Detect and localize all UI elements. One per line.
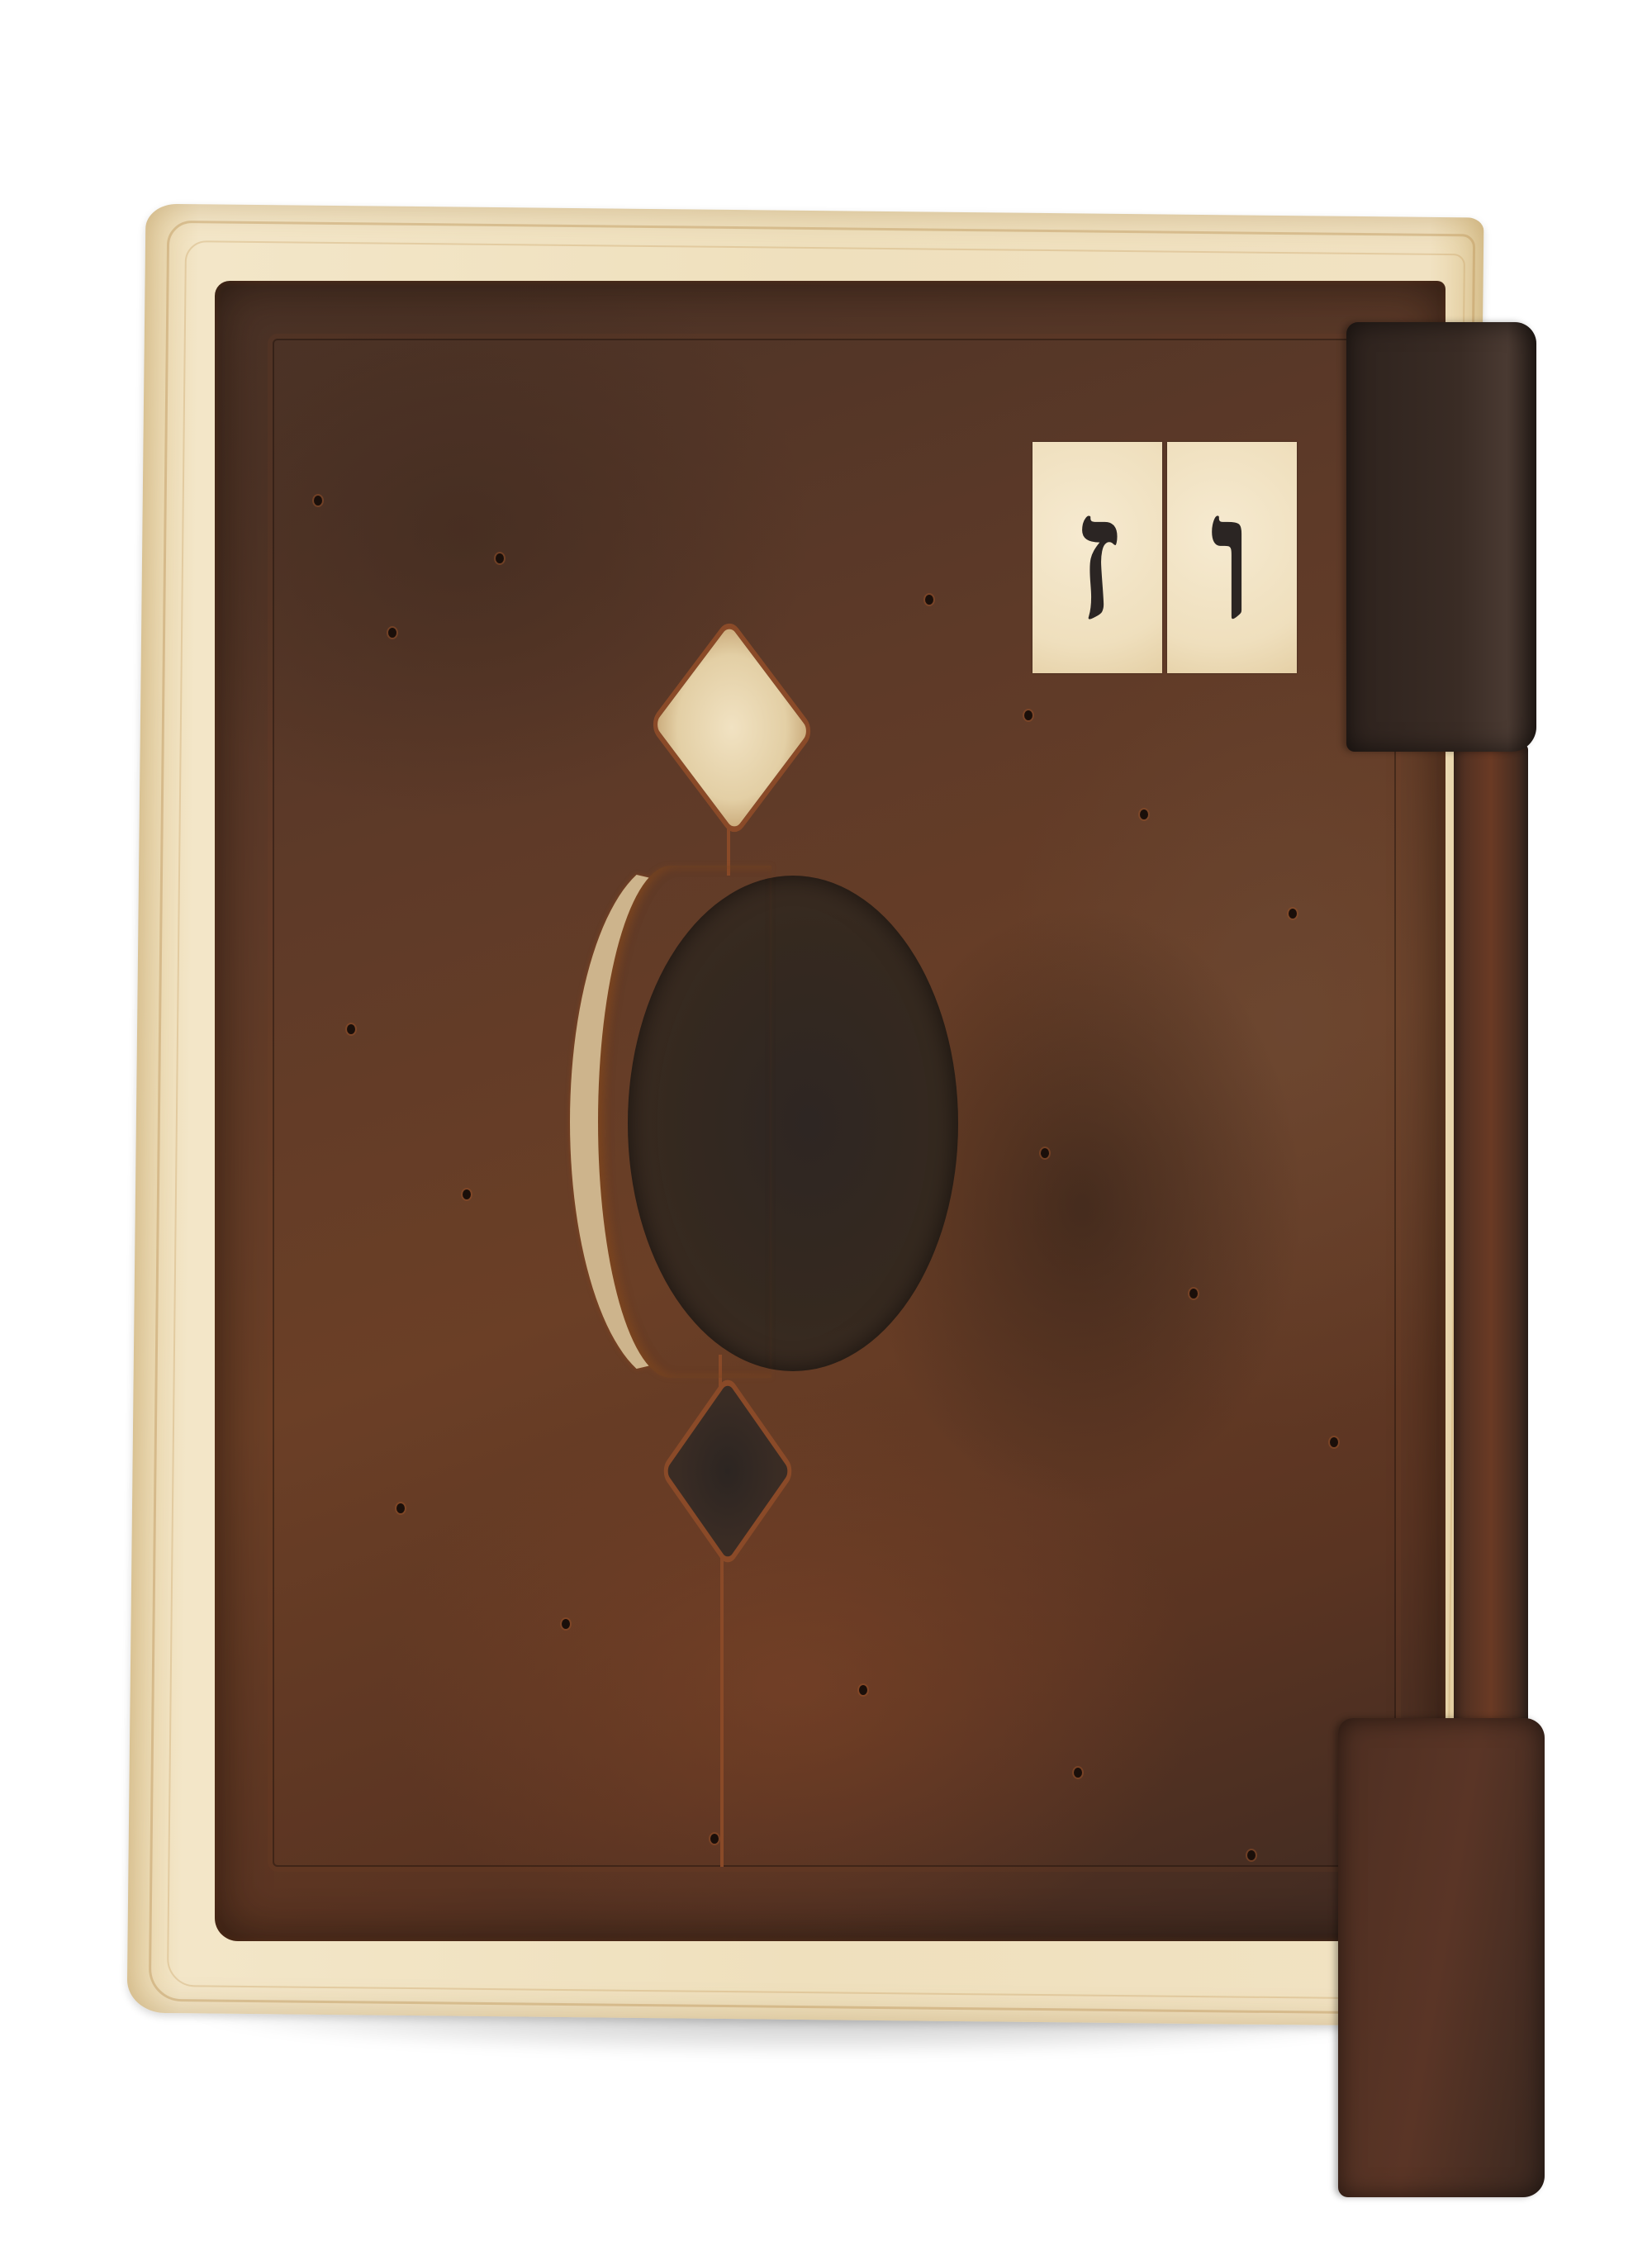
worm-hole bbox=[710, 1834, 719, 1844]
worm-hole bbox=[925, 595, 933, 605]
worm-hole bbox=[859, 1685, 867, 1695]
book-photograph: ז ו bbox=[0, 0, 1652, 2260]
worm-hole bbox=[347, 1024, 355, 1034]
worm-hole bbox=[562, 1619, 570, 1629]
worm-hole bbox=[1247, 1850, 1256, 1860]
worm-hole bbox=[314, 496, 322, 506]
worm-hole bbox=[463, 1189, 471, 1199]
paper-label: ז ו bbox=[1032, 442, 1297, 673]
worm-hole bbox=[1041, 1148, 1049, 1158]
clasp-flap-bottom bbox=[1338, 1718, 1545, 2197]
worm-hole bbox=[1289, 909, 1297, 919]
worm-hole bbox=[496, 553, 504, 563]
label-letter-zayin: ז bbox=[1032, 442, 1162, 673]
worm-hole bbox=[1074, 1768, 1082, 1778]
tooled-stem bbox=[720, 1536, 724, 1867]
worm-hole bbox=[1140, 810, 1148, 819]
worm-hole bbox=[396, 1503, 405, 1513]
medallion-rim bbox=[570, 859, 771, 1384]
clasp-flap-top bbox=[1346, 322, 1536, 752]
worm-hole bbox=[1189, 1289, 1198, 1299]
worm-hole bbox=[1330, 1437, 1338, 1447]
worm-hole bbox=[1024, 710, 1032, 720]
fore-edge-strip bbox=[1454, 743, 1528, 1735]
worm-hole bbox=[388, 628, 396, 638]
label-letter-vav: ו bbox=[1167, 442, 1297, 673]
